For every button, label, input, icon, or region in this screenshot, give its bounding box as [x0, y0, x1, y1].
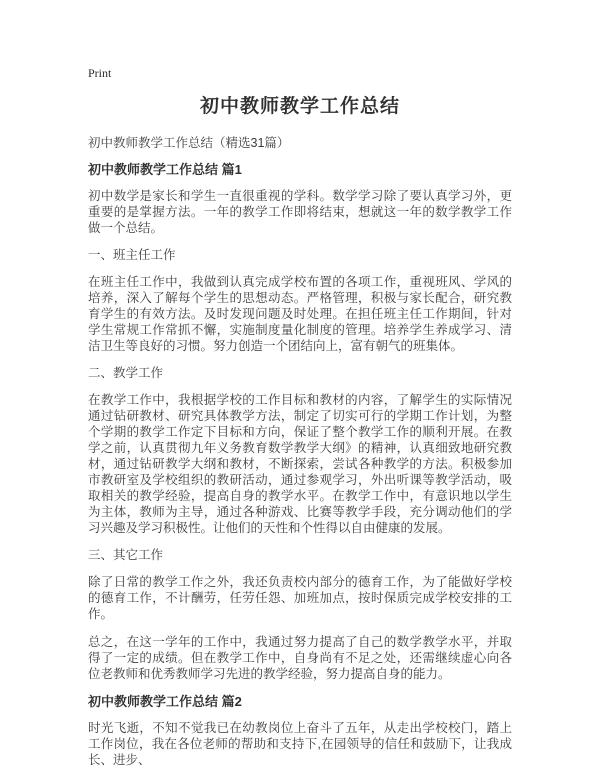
- paragraph: 总之，在这一学年的工作中，我通过努力提高了自己的数学教学水平，并取得了一定的成绩…: [88, 634, 512, 682]
- article-section-1: 初中教师教学工作总结 篇1 初中数学是家长和学生一直很重视的学科。数学学习除了要…: [88, 162, 512, 682]
- print-button[interactable]: Print: [88, 66, 111, 81]
- document-page: Print 初中教师教学工作总结 初中教师教学工作总结（精选31篇） 初中教师教…: [0, 0, 600, 776]
- page-title: 初中教师教学工作总结: [88, 95, 512, 119]
- paragraph: 在教学工作中，我根据学校的工作目标和教材的内容，了解学生的实际情况通过钻研教材、…: [88, 392, 512, 536]
- subheading: 一、班主任工作: [88, 248, 512, 263]
- paragraph: 在班主任工作中，我做到认真完成学校布置的各项工作，重视班风、学风的培养，深入了解…: [88, 274, 512, 354]
- subheading: 三、其它工作: [88, 548, 512, 563]
- section-heading: 初中教师教学工作总结 篇2: [88, 694, 512, 709]
- subheading: 二、教学工作: [88, 366, 512, 381]
- article-section-2: 初中教师教学工作总结 篇2 时光飞逝，不知不觉我已在幼教岗位上奋斗了五年，从走出…: [88, 694, 512, 768]
- paragraph: 除了日常的教学工作之外，我还负责校内部分的德育工作，为了能做好学校的德育工作，不…: [88, 574, 512, 622]
- section-heading: 初中教师教学工作总结 篇1: [88, 162, 512, 177]
- paragraph: 初中数学是家长和学生一直很重视的学科。数学学习除了要认真学习外，更重要的是掌握方…: [88, 188, 512, 236]
- paragraph: 时光飞逝，不知不觉我已在幼教岗位上奋斗了五年，从走出学校校门，踏上工作岗位，我在…: [88, 720, 512, 768]
- doc-subtitle: 初中教师教学工作总结（精选31篇）: [88, 136, 512, 151]
